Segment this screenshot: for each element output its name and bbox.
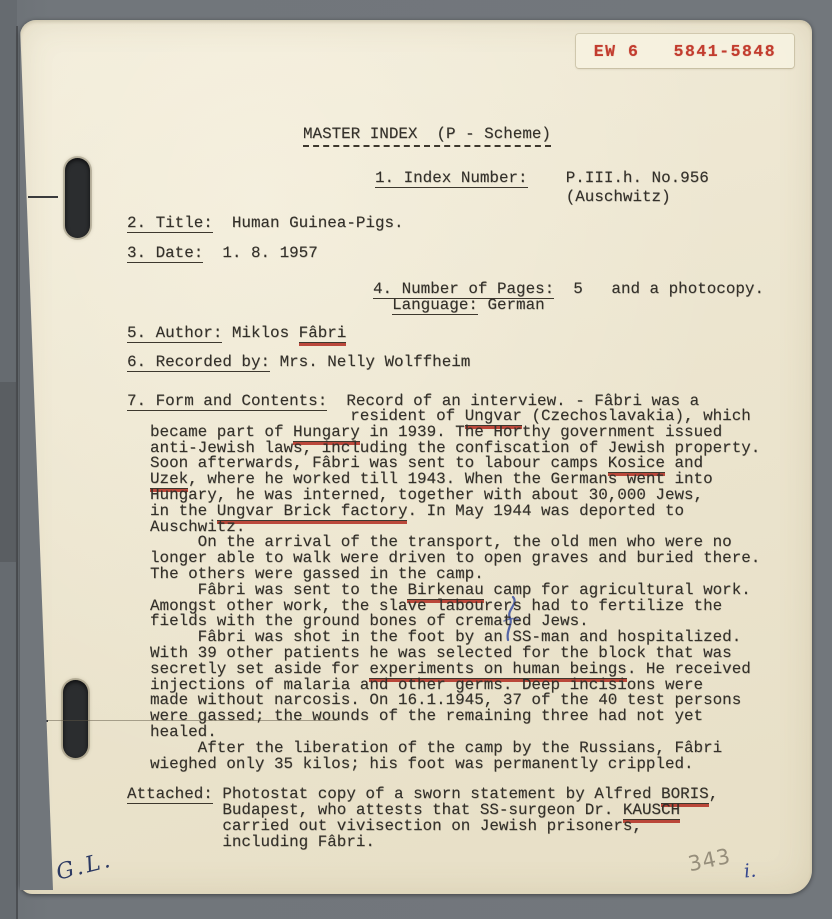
field-recorded-by: 6. Recorded by: Mrs. Nelly Wolffheim [127, 354, 470, 370]
document-title: MASTER INDEX (P - Scheme) [303, 125, 551, 144]
field-title: 2. Title: Human Guinea-Pigs. [127, 215, 404, 231]
field-author: 5. Author: Miklos Fâbri [127, 325, 346, 341]
field-pages-language: 4. Number of Pages: 5 and a photocopy. L… [373, 281, 764, 313]
field-date: 3. Date: 1. 8. 1957 [127, 245, 318, 261]
attached-note: Attached: Photostat copy of a sworn stat… [127, 786, 718, 850]
contents-body: resident of Ungvar (Czechoslavakia), whi… [150, 409, 760, 772]
paper-index-card: EW 6 5841-5848 G.L. 343 i. MASTER INDEX … [20, 20, 812, 894]
handwritten-initials: G.L. [54, 847, 116, 885]
underlying-page-line [16, 26, 18, 919]
field-index-number: 1. Index Number: P.III.h. No.956 (Auschw… [375, 169, 709, 207]
handwritten-page-suffix: i. [743, 859, 757, 882]
archive-stamp-text: EW 6 5841-5848 [594, 42, 776, 61]
paper-tear-top [28, 196, 58, 198]
archive-stamp-label: EW 6 5841-5848 [576, 34, 794, 68]
underlying-page-edge [0, 382, 16, 562]
scanned-document-photo: EW 6 5841-5848 G.L. 343 i. MASTER INDEX … [0, 0, 832, 919]
punch-hole-bottom [63, 680, 88, 758]
punch-hole-top [65, 158, 90, 238]
